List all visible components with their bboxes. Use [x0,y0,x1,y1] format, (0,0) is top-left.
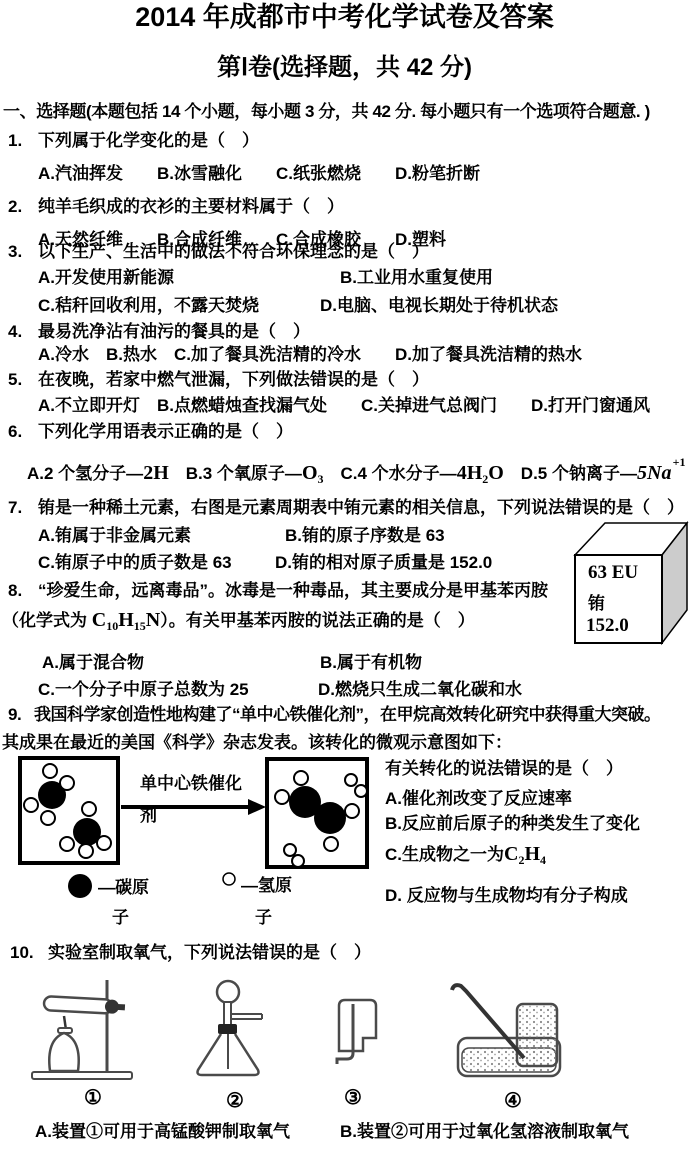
hydrogen-atom-icon [284,844,296,856]
q9-formula-c2h4-h: H [524,843,540,865]
question-10-option-a: A.装置①可用于高锰酸钾制取氧气 [35,1120,290,1143]
question-9-ask: 有关转化的说法错误的是（ ） [385,757,623,780]
question-7-number: 7. [8,496,38,519]
funnel-bulb [217,981,239,1003]
question-8-option-b: B.属于有机物 [320,651,422,674]
question-3-option-c: C.秸秆回收利用，不露天焚烧 [38,294,259,317]
test-tube [44,996,126,1014]
hydrogen-atom-icon [43,764,57,778]
question-8-text1: “珍爱生命，远离毒品”。冰毒是一种毒品，其主要成分是甲基苯丙胺 [38,581,548,600]
question-4-text: 最易洗净沾有油污的餐具的是（ ） [38,322,310,341]
question-9-text1: 我国科学家创造性地构建了“单中心铁催化剂”，在甲烷高效转化研究中获得重大突破。 [34,705,661,724]
q6-formula-na: 5Na [637,462,671,484]
apparatus-4-water-displacement-collection [452,985,560,1076]
question-8-option-c: C.一个分子中原子总数为 25 [38,678,249,701]
question-5-number: 5. [8,368,38,391]
hydrogen-atom-icon [345,774,357,786]
question-4-options: A.冷水 B.热水 C.加了餐具洗洁精的冷水 D.加了餐具洗洁精的热水 [38,343,582,366]
catalyst-arrow-label-line1: 单中心铁催化 [140,772,242,795]
apparatus-label-1: ① [84,1087,102,1110]
q8-formula-n: N [146,609,160,631]
question-1-number: 1. [8,129,38,152]
question-1-text: 下列属于化学变化的是（ ） [38,131,259,150]
legend-carbon-atom-icon [68,874,92,898]
section-instructions: 一、选择题(本题包括 14 个小题，每小题 3 分，共 42 分. 每小题只有一… [3,100,650,123]
question-6-number: 6. [8,420,38,443]
question-8-option-a: A.属于混合物 [42,651,144,674]
question-7-option-c: C.铕原子中的质子数是 63 [38,551,232,574]
question-9-stem-line2: 其成果在最近的美国《科学》杂志发表。该转化的微观示意图如下： [2,731,512,754]
alcohol-lamp [49,1016,78,1071]
exam-paper-page: 2014 年成都市中考化学试卷及答案 第Ⅰ卷(选择题，共 42 分) 一、选择题… [0,0,689,1160]
hydrogen-atom-icon [292,855,304,867]
legend-hydrogen-atom-icon [223,873,235,885]
q8-line2-post: ）。有关甲基苯丙胺的说法正确的是（ ） [160,611,475,630]
question-9-option-b: B.反应前后原子的种类发生了变化 [385,812,640,835]
q9-formula-c2h4-hsub: 4 [540,853,546,867]
question-3-stem: 3.以下生产、生活中的做法不符合环保理念的是（ ） [8,240,429,263]
question-6-options: A.2 个氢分子—2H B.3 个氧原子—O3 C.4 个水分子—4H2O D.… [27,462,687,491]
question-2-stem: 2.纯羊毛织成的衣衫的主要材料属于（ ） [8,195,344,218]
question-3-number: 3. [8,240,38,263]
element-number-symbol: 63 EU [588,562,638,584]
question-8-option-d: D.燃烧只生成二氧化碳和水 [318,678,522,701]
question-3-option-b: B.工业用水重复使用 [340,266,493,289]
legend-carbon-label-line1: —碳原 [98,876,149,899]
catalyst-arrow-label-line2: 剂 [140,804,157,827]
question-3-text: 以下生产、生活中的做法不符合环保理念的是（ ） [38,242,429,261]
element-name: 铕 [588,589,605,614]
q6-c-text: C.4 个水分子— [324,464,457,483]
reactant-box [20,758,118,863]
question-10-number: 10. [10,941,48,964]
question-2-number: 2. [8,195,38,218]
question-10-option-b: B.装置②可用于过氧化氢溶液制取氧气 [340,1120,629,1143]
question-8-number: 8. [8,579,38,602]
hydrogen-atom-icon [345,804,359,818]
legend-carbon-label-line2: 子 [112,906,129,929]
hydrogen-atom-icon [324,837,338,851]
stand-base [32,1072,132,1079]
q6-b-text: B.3 个氧原子— [169,464,302,483]
legend-hydrogen-label-line2: 子 [255,906,272,929]
q9-formula-c2h4-c: C [504,843,518,865]
question-1-options: A.汽油挥发 B.冰雪融化 C.纸张燃烧 D.粉笔折断 [38,162,480,185]
q8-formula-h-sub: 15 [134,619,146,633]
carbon-atom-icon [314,802,346,834]
question-7-option-a: A.铕属于非金属元素 [38,524,191,547]
question-9-option-d: D. 反应物与生成物均有分子构成 [385,884,628,907]
question-6-text: 下列化学用语表示正确的是（ ） [38,422,293,441]
q6-formula-h2o-o: O [488,462,504,484]
q8-formula-h: H [118,609,134,631]
paper-part-subtitle: 第Ⅰ卷(选择题，共 42 分) [0,56,689,79]
q6-formula-2h: 2H [143,462,169,484]
q8-formula-c: C [92,609,106,631]
hydrogen-atom-icon [79,844,93,858]
question-4-stem: 4.最易洗净沾有油污的餐具的是（ ） [8,320,310,343]
question-10-text: 实验室制取氧气，下列说法错误的是（ ） [48,943,371,962]
q6-formula-h2o: 4H [457,462,483,484]
question-5-options: A.不立即开灯 B.点燃蜡烛查找漏气处 C.关掉进气总阀门 D.打开门窗通风 [38,394,650,417]
hydrogen-atom-icon [60,776,74,790]
question-4-number: 4. [8,320,38,343]
flask-stopper [218,1024,237,1034]
apparatus-label-3: ③ [344,1087,362,1110]
funnel-stem [224,1002,231,1026]
hydrogen-atom-icon [275,790,289,804]
question-8-stem-line2: （化学式为 C10H15N）。有关甲基苯丙胺的说法正确的是（ ） [2,609,475,638]
apparatus-3-gas-collecting-bottle [337,1000,376,1064]
apparatus-2-flask-with-funnel [198,981,263,1075]
apparatus-label-2: ② [226,1090,244,1113]
hydrogen-atom-icon [24,798,38,812]
arrow-head [248,799,266,815]
question-9-stem-line1: 9.我国科学家创造性地构建了“单中心铁催化剂”，在甲烷高效转化研究中获得重大突破… [8,703,661,726]
apparatus-label-4: ④ [504,1090,522,1113]
question-10-stem: 10.实验室制取氧气，下列说法错误的是（ ） [10,941,371,964]
delivery-tube-stub [117,1004,125,1010]
apparatus-1-heating-test-tube-setup [32,980,132,1079]
hydrogen-atom-icon [294,771,308,785]
question-5-text: 在夜晚，若家中燃气泄漏，下列做法错误的是（ ） [38,370,429,389]
q6-d-text: D.5 个钠离子— [504,464,637,483]
q8-formula-c-sub: 10 [106,619,118,633]
collection-bottle [339,1000,376,1051]
q6-formula-na-ion: 5Na+1 [637,462,671,485]
question-6-stem: 6.下列化学用语表示正确的是（ ） [8,420,293,443]
q8-line2-pre: （化学式为 [2,611,92,630]
side-delivery-tube [231,1014,262,1019]
lamp-body [49,1033,78,1071]
product-box [267,759,367,867]
question-1-stem: 1.下列属于化学变化的是（ ） [8,129,259,152]
hydrogen-atom-icon [60,837,74,851]
question-3-option-d: D.电脑、电视长期处于待机状态 [320,294,558,317]
hydrogen-atom-icon [97,836,111,850]
question-9-option-c: C.生成物之一为C2H4 [385,843,546,872]
question-7-option-d: D.铕的相对原子质量是 152.0 [275,551,492,574]
q9-c-text: C.生成物之一为 [385,845,504,864]
question-8-stem-line1: 8.“珍爱生命，远离毒品”。冰毒是一种毒品，其主要成分是甲基苯丙胺 [8,579,548,602]
question-5-stem: 5.在夜晚，若家中燃气泄漏，下列做法错误的是（ ） [8,368,429,391]
reaction-micro-diagram [0,755,689,940]
question-3-option-a: A.开发使用新能源 [38,266,174,289]
q6-a-text: A.2 个氢分子— [27,464,143,483]
page-title: 2014 年成都市中考化学试卷及答案 [0,6,689,29]
hydrogen-atom-icon [355,785,367,797]
hydrogen-atom-icon [41,811,55,825]
q6-formula-na-charge: +1 [673,451,686,474]
question-9-option-a: A.催化剂改变了反应速率 [385,787,572,810]
element-mass: 152.0 [586,615,629,637]
question-9-number: 9. [8,703,34,726]
question-2-text: 纯羊毛织成的衣衫的主要材料属于（ ） [38,197,344,216]
q6-formula-o3: O [302,462,318,484]
question-7-option-b: B.铕的原子序数是 63 [285,524,445,547]
legend-hydrogen-label-line1: —氢原 [241,874,292,897]
hydrogen-atom-icon [82,802,96,816]
